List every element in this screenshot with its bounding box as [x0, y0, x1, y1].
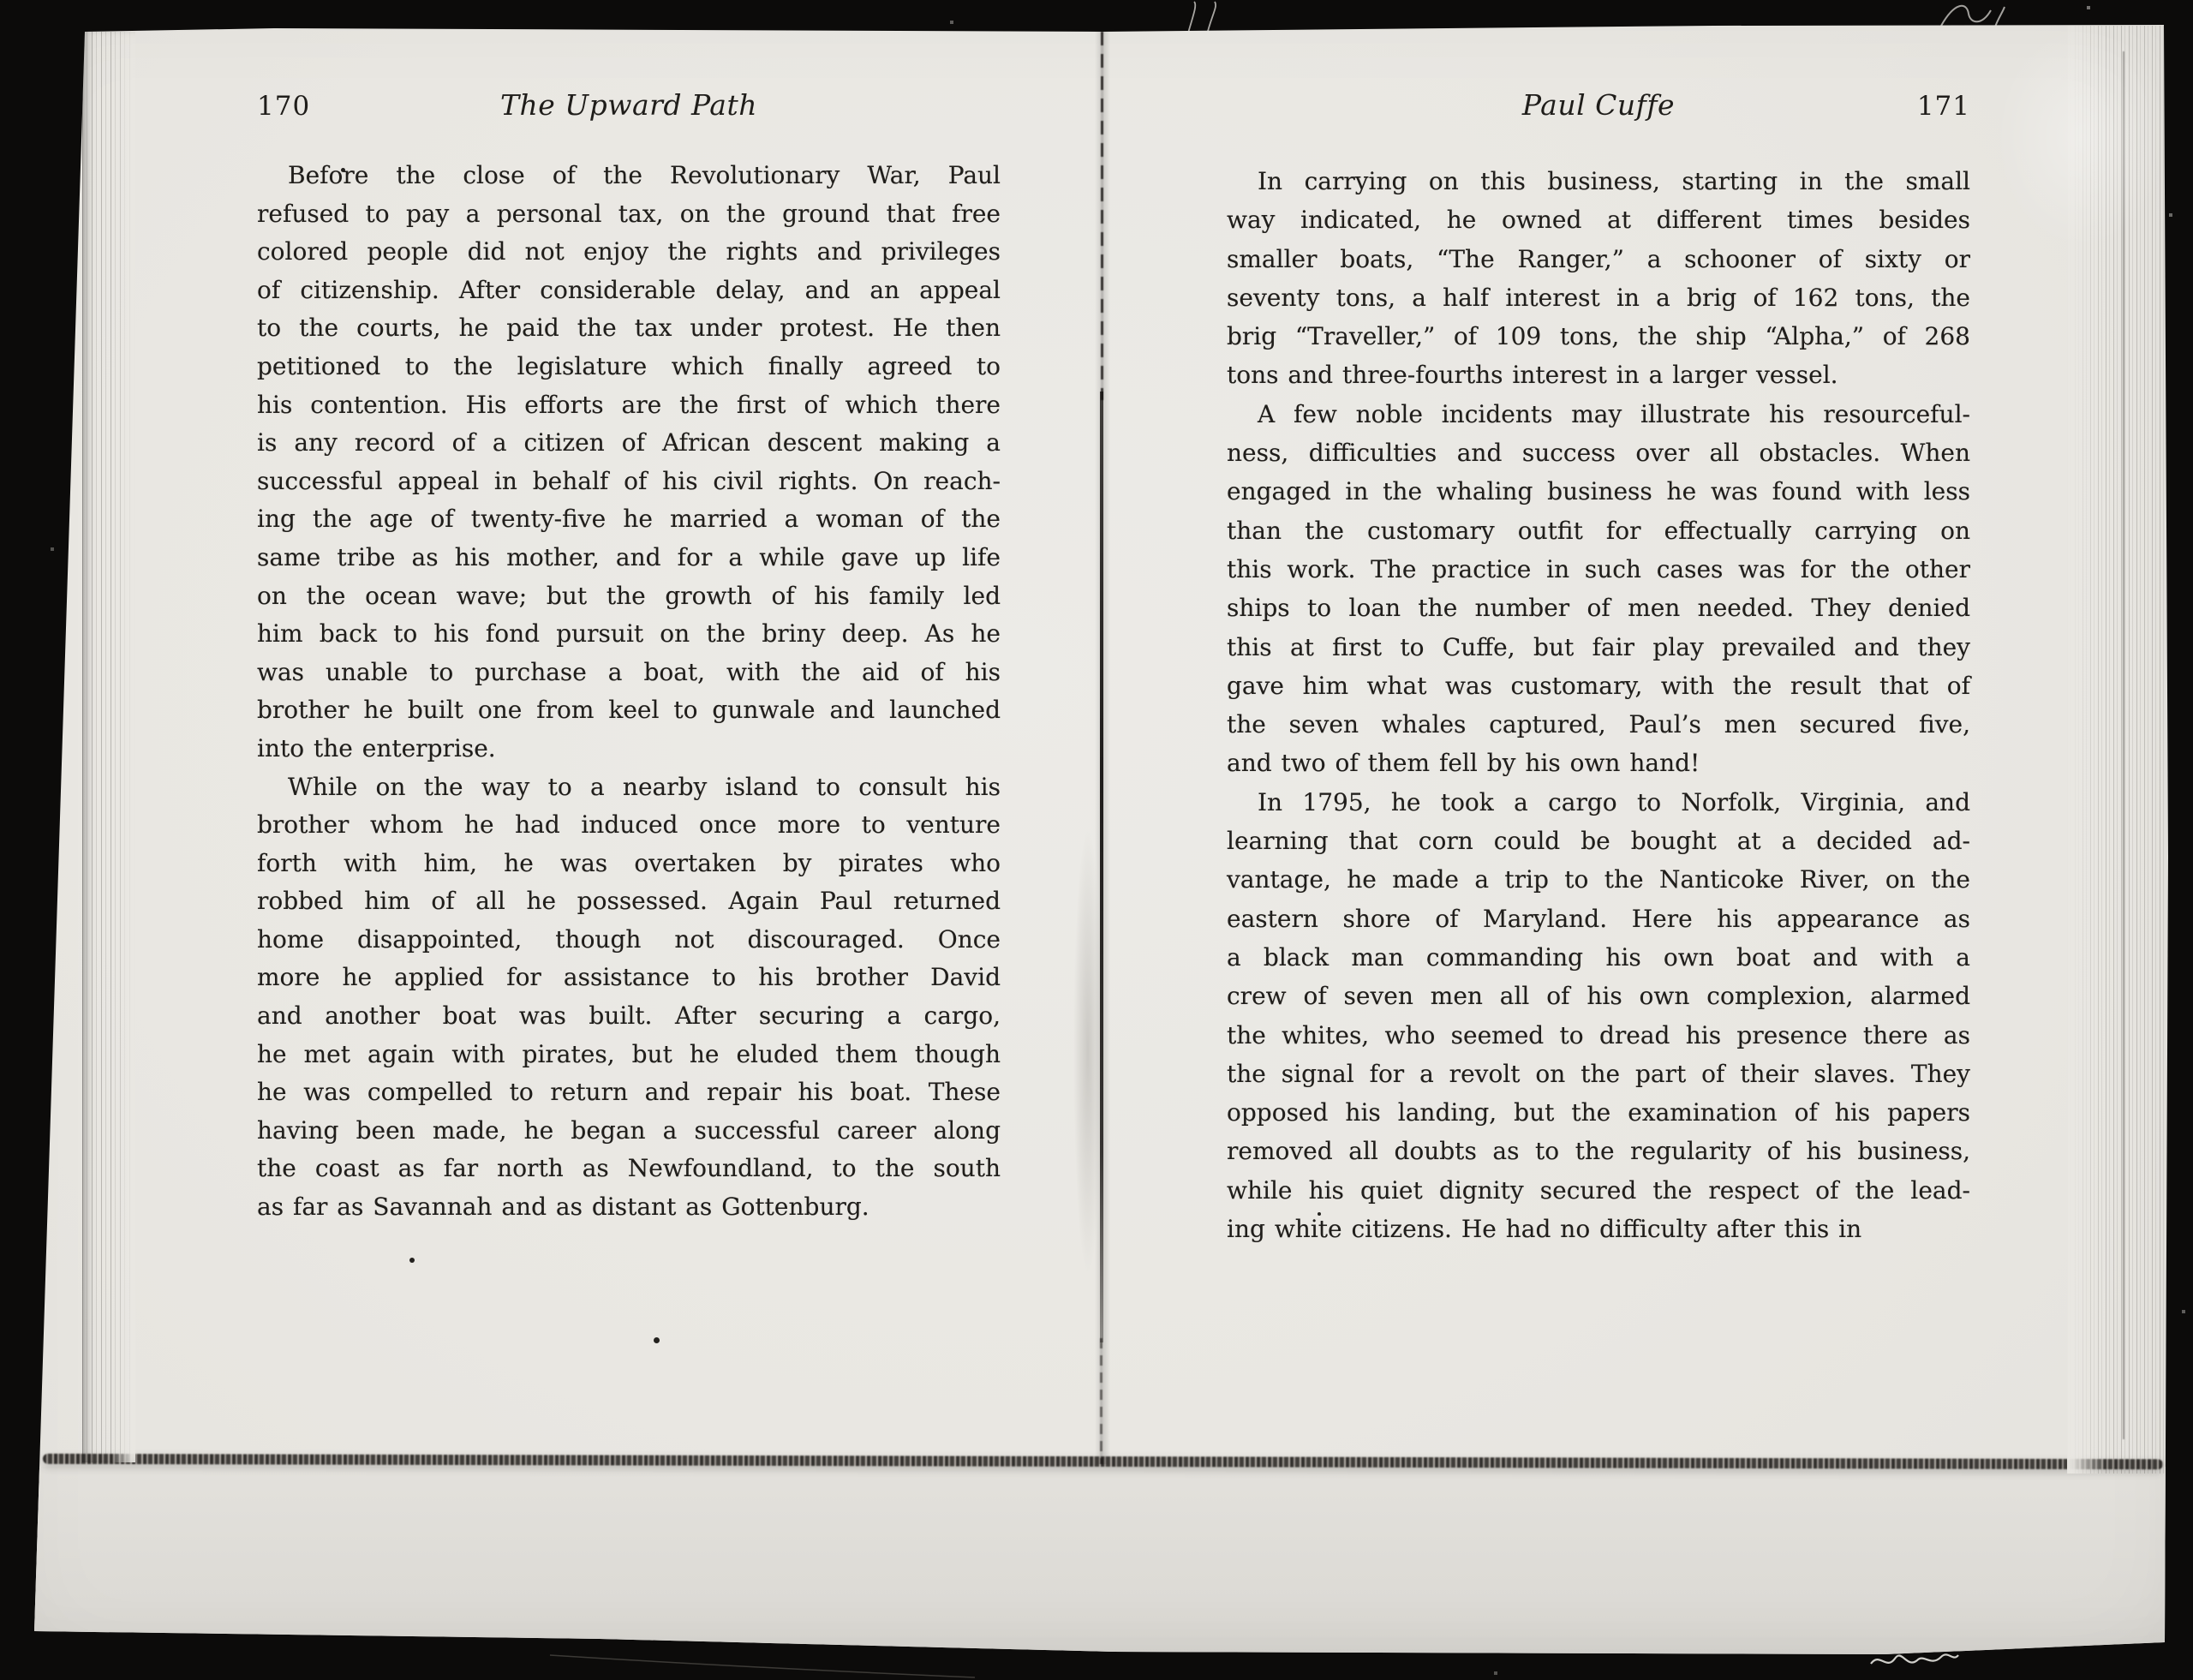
text-line: ness, difficulties and success over all …	[1227, 433, 1970, 472]
text-line: this at first to Cuffe, but fair play pr…	[1227, 628, 1970, 667]
text-line: robbed him of all he possessed. Again Pa…	[257, 882, 1001, 921]
text-line: and another boat was built. After securi…	[257, 997, 1001, 1036]
text-line: him back to his fond pursuit on the brin…	[257, 615, 1001, 654]
text-line: same tribe as his mother, and for a whil…	[257, 539, 1001, 577]
ink-speck	[1318, 1212, 1321, 1216]
gutter-shading	[1095, 32, 1110, 1464]
text-line: brother whom he had induced once more to…	[257, 806, 1001, 845]
scan-light-stain	[1996, 26, 2167, 248]
text-line: as far as Savannah and as distant as Got…	[257, 1188, 1001, 1227]
text-line: removed all doubts as to the regularity …	[1227, 1132, 1970, 1170]
gutter-fold-line	[1100, 392, 1103, 1342]
text-line: opposed his landing, but the examination…	[1227, 1093, 1970, 1132]
left-page-edge-striations	[82, 32, 135, 1462]
text-line: In 1795, he took a cargo to Norfolk, Vir…	[1227, 783, 1970, 822]
ink-speck	[654, 1337, 660, 1343]
text-line: gave him what was customary, with the re…	[1227, 667, 1970, 705]
text-line: the seven whales captured, Paul’s men se…	[1227, 705, 1970, 744]
right-page-header: Paul Cuffe 171	[1227, 91, 1970, 132]
left-page-body: Before the close of the Revolutionary Wa…	[257, 157, 1001, 1227]
text-line: ing white citizens. He had no difficulty…	[1227, 1210, 1970, 1248]
text-line: the coast as far north as Newfoundland, …	[257, 1150, 1001, 1188]
text-line: into the enterprise.	[257, 730, 1001, 768]
text-line: brig “Traveller,” of 109 tons, the ship …	[1227, 317, 1970, 356]
scan-artifact-scratch	[548, 1652, 977, 1679]
text-line: on the ocean wave; but the growth of his…	[257, 577, 1001, 616]
backing-sheet	[0, 1467, 2193, 1664]
text-line: seventy tons, a half interest in a brig …	[1227, 278, 1970, 317]
text-line: is any record of a citizen of African de…	[257, 424, 1001, 463]
book-page-spread: 170 The Upward Path Before the close of …	[0, 0, 2193, 1680]
text-line: this work. The practice in such cases wa…	[1227, 550, 1970, 589]
text-line: successful appeal in behalf of his civil…	[257, 463, 1001, 501]
text-line: his contention. His efforts are the firs…	[257, 386, 1001, 425]
text-line: ships to loan the number of men needed. …	[1227, 589, 1970, 627]
right-running-title: Paul Cuffe	[1227, 88, 1970, 122]
right-page-body: In carrying on this business, starting i…	[1227, 162, 1970, 1248]
text-line: while his quiet dignity secured the resp…	[1227, 1171, 1970, 1210]
text-line: the whites, who seemed to dread his pres…	[1227, 1016, 1970, 1055]
text-line: was unable to purchase a boat, with the …	[257, 654, 1001, 692]
left-page-number: 170	[257, 91, 310, 122]
text-line: refused to pay a personal tax, on the gr…	[257, 195, 1001, 234]
gutter-smudge	[1073, 828, 1102, 1274]
text-line: forth with him, he was overtaken by pira…	[257, 845, 1001, 883]
text-line: home disappointed, though not discourage…	[257, 921, 1001, 960]
text-line: of citizenship. After considerable delay…	[257, 272, 1001, 310]
text-line: crew of seven men all of his own complex…	[1227, 977, 1970, 1015]
text-line: Before the close of the Revolutionary Wa…	[257, 157, 1001, 195]
text-line: to the courts, he paid the tax under pro…	[257, 309, 1001, 348]
text-line: smaller boats, “The Ranger,” a schooner …	[1227, 240, 1970, 278]
text-line: a black man commanding his own boat and …	[1227, 938, 1970, 977]
scanner-dust-specks	[0, 0, 2, 2]
text-line: tons and three-fourths interest in a lar…	[1227, 356, 1970, 394]
text-line: vantage, he made a trip to the Nanticoke…	[1227, 860, 1970, 899]
book-gutter-fold	[1095, 32, 1110, 1464]
gutter-fold-line-top	[1101, 32, 1103, 400]
text-line: eastern shore of Maryland. Here his appe…	[1227, 900, 1970, 938]
right-page-number: 171	[1917, 91, 1970, 122]
text-line: more he applied for assistance to his br…	[257, 959, 1001, 997]
ink-speck	[409, 1258, 415, 1263]
gutter-fold-line-bottom	[1100, 1338, 1102, 1464]
text-line: than the customary outfit for effectuall…	[1227, 511, 1970, 550]
text-line: and two of them fell by his own hand!	[1227, 744, 1970, 782]
left-running-title: The Upward Path	[257, 88, 1001, 122]
text-line: he met again with pirates, but he eluded…	[257, 1036, 1001, 1074]
text-line: the signal for a revolt on the part of t…	[1227, 1055, 1970, 1093]
text-line: petitioned to the legislature which fina…	[257, 348, 1001, 386]
text-line: In carrying on this business, starting i…	[1227, 162, 1970, 200]
page-bottom-edge-shadow	[43, 1454, 2163, 1469]
right-page-edge-striations	[2067, 26, 2165, 1474]
text-line: he was compelled to return and repair hi…	[257, 1073, 1001, 1112]
text-line: ing the age of twenty-five he married a …	[257, 500, 1001, 539]
text-line: way indicated, he owned at different tim…	[1227, 200, 1970, 239]
left-page-header: 170 The Upward Path	[257, 91, 1001, 132]
text-line: learning that corn could be bought at a …	[1227, 822, 1970, 860]
right-edge-line	[2123, 51, 2124, 1439]
text-line: A few noble incidents may illustrate his…	[1227, 395, 1970, 433]
text-line: While on the way to a nearby island to c…	[257, 768, 1001, 807]
scanned-book-spread: { "colors":{ "background":"#0c0b0a", "pa…	[0, 0, 2193, 1680]
ink-speck	[341, 168, 345, 172]
text-line: colored people did not enjoy the rights …	[257, 233, 1001, 272]
text-line: brother he built one from keel to gunwal…	[257, 691, 1001, 730]
text-line: engaged in the whaling business he was f…	[1227, 472, 1970, 511]
text-line: having been made, he began a successful …	[257, 1112, 1001, 1151]
